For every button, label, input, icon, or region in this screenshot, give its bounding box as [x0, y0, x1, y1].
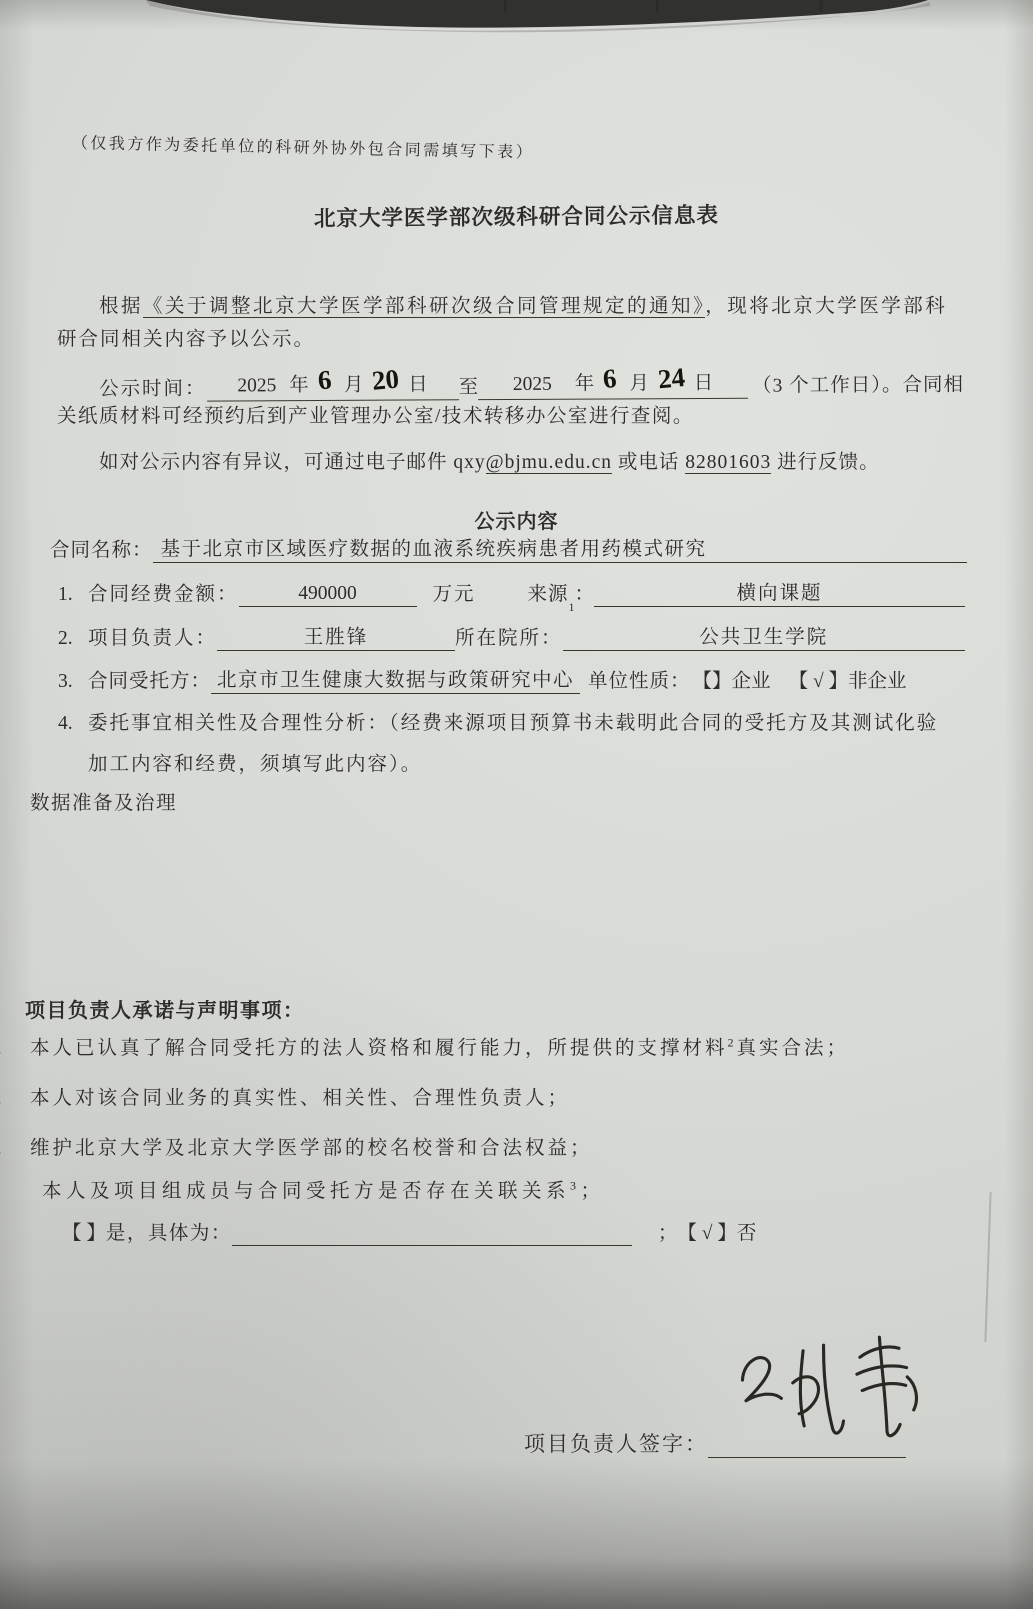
year-char: 年: [289, 375, 309, 396]
month-char: 月: [344, 375, 364, 396]
item-analysis-line-1: 4. 委托事宜相关性及合理性分析：（经费来源项目预算书未载明此合同的受托方及其测…: [58, 711, 938, 736]
yes-checkbox: 【 】: [62, 1221, 106, 1246]
item-contractor: 3. 合同受托方： 北京市卫生健康大数据与政策研究中心 单位性质： 【】企业 【…: [58, 668, 1013, 694]
declaration-4-text: 本人及项目组成员与合同受托方是否存在关联关系: [42, 1181, 570, 1202]
relation-detail-blank: [232, 1245, 632, 1246]
item-funding: 1. 合同经费金额： 490000 万元 来源1： 横向课题: [58, 581, 965, 607]
enterprise-checkbox: 【】: [693, 669, 732, 694]
enterprise-label: 企业: [732, 669, 771, 694]
intro-line-1: 根据《关于调整北京大学医学部科研次级合同管理规定的通知》，现将北京大学医学部科: [57, 294, 947, 319]
item-analysis-line-2: 加工内容和经费，须填写此内容）。: [88, 752, 422, 777]
choice-separator: ；: [658, 1221, 678, 1246]
contractor-label: 合同受托方：: [88, 669, 211, 694]
declaration-2-text: 本人对该合同业务的真实性、相关性、合理性负责人；: [30, 1088, 570, 1109]
period-tail: （3 个工作日）。合同相: [752, 372, 964, 398]
publicity-period-line: 公示时间： 2025 年 6 月 20 日 至 2025 年 6 月 24 日 …: [57, 362, 964, 403]
phone-number: 82801603: [685, 452, 771, 474]
dept-value: 公共卫生学院: [563, 625, 965, 651]
contract-name-line: 合同名称： 基于北京市区域医疗数据的血液系统疾病患者用药模式研究: [50, 537, 967, 563]
feedback-suffix: 进行反馈。: [771, 452, 879, 473]
end-month-handwritten: 6: [597, 361, 622, 398]
contract-name-label: 合同名称：: [50, 538, 153, 563]
photographed-document: { "top_note": "（仅我方作为委托单位的科研外协外包合同需填写下表）…: [0, 0, 1033, 1609]
no-checkbox: 【 √ 】: [677, 1221, 736, 1246]
analysis-answer: 数据准备及治理: [30, 791, 177, 816]
period-end-blank: 2025 年 6 月 24 日: [478, 363, 748, 401]
leader-label: 项目负责人：: [88, 626, 217, 651]
signature-line: 项目负责人签字：: [524, 1431, 906, 1458]
underlying-page-edge: [984, 1192, 991, 1342]
funding-source-label: 来源: [528, 582, 569, 607]
year-char-2: 年: [575, 374, 595, 395]
item-1-number: 1.: [58, 582, 88, 607]
end-day-handwritten: 24: [652, 360, 690, 398]
footnote-marker-2: 2: [728, 1036, 737, 1050]
funding-label: 合同经费金额：: [88, 582, 239, 607]
non-enterprise-checkbox: 【 √ 】: [789, 669, 848, 694]
declaration-heading: 项目负责人承诺与声明事项：: [25, 998, 305, 1024]
declaration-1-tail: 真实合法；: [737, 1038, 850, 1059]
dept-label: 所在院所：: [455, 626, 563, 651]
nature-label: 单位性质：: [588, 669, 691, 694]
no-label: 否: [737, 1221, 757, 1246]
content-heading: 公示内容: [0, 509, 1033, 535]
start-day-handwritten: 20: [367, 361, 405, 399]
declaration-2-number: 2.: [0, 1086, 30, 1111]
declaration-item-4: 本人及项目组成员与合同受托方是否存在关联关系3；: [42, 1179, 605, 1204]
feedback-prefix: 如对公示内容有异议，可通过电子邮件: [99, 452, 453, 473]
start-year: 2025: [237, 375, 276, 396]
declaration-1-number: 1.: [0, 1036, 30, 1061]
month-char-2: 月: [629, 373, 649, 394]
funding-unit: 万元: [433, 582, 476, 607]
publicity-period-line-2: 关纸质材料可经预约后到产业管理办公室/技术转移办公室进行查阅。: [57, 404, 694, 429]
day-char: 日: [408, 374, 428, 395]
feedback-middle: 或电话: [612, 452, 685, 473]
intro-suffix: ，现将北京大学医学部科: [705, 296, 947, 317]
footnote-marker-3: 3: [570, 1179, 581, 1193]
funding-source-value: 横向课题: [594, 581, 965, 607]
start-month-handwritten: 6: [312, 362, 337, 399]
declaration-4-tail: ；: [581, 1181, 605, 1202]
signature-label: 项目负责人签字：: [524, 1431, 708, 1458]
item-leader: 2. 项目负责人： 王胜锋 所在院所： 公共卫生学院: [58, 625, 965, 651]
day-char-2: 日: [694, 373, 714, 394]
feedback-line: 如对公示内容有异议，可通过电子邮件 qxy@bjmu.edu.cn 或电话 82…: [57, 450, 880, 475]
paper-top-curl: [0, 0, 1033, 36]
declaration-item-2: 2.本人对该合同业务的真实性、相关性、合理性负责人；: [0, 1086, 570, 1111]
email-domain: @bjmu.edu.cn: [486, 452, 612, 474]
contractor-value: 北京市卫生健康大数据与政策研究中心: [211, 668, 580, 694]
intro-line-2: 研合同相关内容予以公示。: [57, 327, 315, 352]
leader-name: 王胜锋: [217, 625, 455, 651]
notice-title: 《关于调整北京大学医学部科研次级合同管理规定的通知》: [143, 296, 705, 318]
analysis-text-1: 委托事宜相关性及合理性分析：（经费来源项目预算书未载明此合同的受托方及其测试化验: [88, 711, 938, 736]
funding-amount: 490000: [239, 581, 417, 607]
email-user: qxy: [453, 452, 485, 473]
to-char: 至: [458, 375, 478, 400]
end-year: 2025: [513, 374, 552, 395]
relation-choice-line: 【 】是，具体为： ；【 √ 】否: [62, 1221, 756, 1246]
top-note: （仅我方作为委托单位的科研外协外包合同需填写下表）: [72, 134, 535, 164]
signature-blank: [708, 1457, 906, 1458]
non-enterprise-label: 非企业: [848, 669, 907, 694]
period-label: 公示时间：: [99, 376, 207, 402]
declaration-3-text: 维护北京大学及北京大学医学部的校名校誉和合法权益；: [30, 1138, 593, 1159]
item-3-number: 3.: [58, 669, 88, 694]
page-title: 北京大学医学部次级科研合同公示信息表: [0, 199, 1033, 236]
item-4-number: 4.: [58, 711, 88, 736]
yes-label: 是，具体为：: [106, 1221, 232, 1246]
intro-prefix: 根据: [99, 296, 143, 317]
item-2-number: 2.: [58, 626, 88, 651]
declaration-1-text: 本人已认真了解合同受托方的法人资格和履行能力，所提供的支撑材料: [30, 1038, 728, 1059]
period-start-blank: 2025 年 6 月 20 日: [206, 364, 458, 401]
declaration-item-3: 3.维护北京大学及北京大学医学部的校名校誉和合法权益；: [0, 1136, 593, 1161]
contract-name-value: 基于北京市区域医疗数据的血液系统疾病患者用药模式研究: [153, 537, 967, 563]
declaration-3-number: 3.: [0, 1136, 30, 1161]
declaration-item-1: 1.本人已认真了解合同受托方的法人资格和履行能力，所提供的支撑材料2真实合法；: [0, 1036, 849, 1061]
source-colon: ：: [575, 582, 595, 607]
